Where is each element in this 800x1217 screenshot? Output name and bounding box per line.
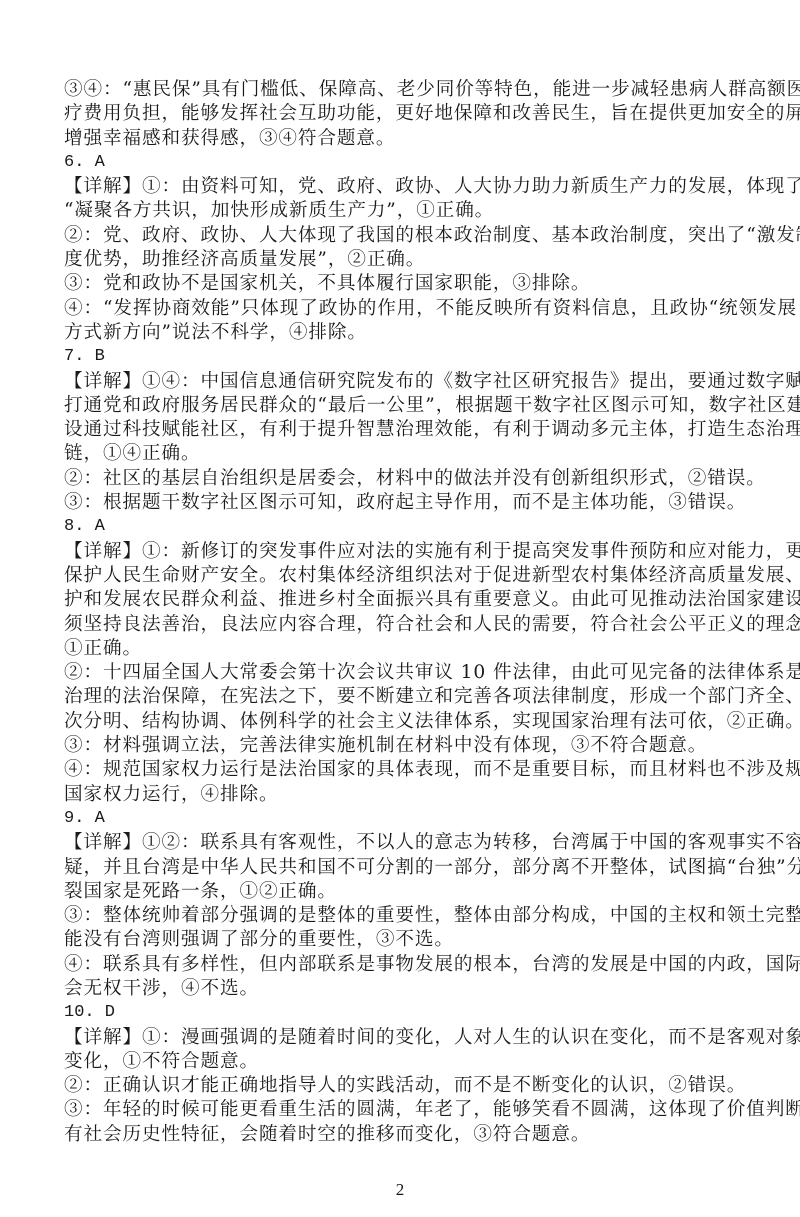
question-answer-10: 10. D [64,1001,720,1025]
text-line: 变化，①不符合题意。 [64,1050,720,1074]
text-line: 方式新方向”说法不科学，④排除。 [64,321,720,345]
text-line: 有社会历史性特征，会随着时空的推移而变化，③符合题意。 [64,1123,720,1147]
text-line: ③：材料强调立法，完善法律实施机制在材料中没有体现，③不符合题意。 [64,734,720,758]
text-line: 须坚持良法善治，良法应内容合理，符合社会和人民的需要，符合社会公平正义的理念， [64,613,720,637]
text-line: 保护人民生命财产安全。农村集体经济组织法对于促进新型农村集体经济高质量发展、维 [64,564,720,588]
text-line: 治理的法治保障，在宪法之下，要不断建立和完善各项法律制度，形成一个部门齐全、层 [64,685,720,709]
text-line: ③④：“惠民保”具有门槛低、保障高、老少同价等特色，能进一步减轻患病人群高额医 [64,78,720,102]
text-line: ②：正确认识才能正确地指导人的实践活动，而不是不断变化的认识，②错误。 [64,1074,720,1098]
text-line: 护和发展农民群众利益、推进乡村全面振兴具有重要意义。由此可见推动法治国家建设必 [64,588,720,612]
text-line: 国家权力运行，④排除。 [64,783,720,807]
text-line: 【详解】①：新修订的突发事件应对法的实施有利于提高突发事件预防和应对能力，更好 [64,540,720,564]
text-line: “凝聚各方共识，加快形成新质生产力”，①正确。 [64,199,720,223]
text-line: 疑，并且台湾是中华人民共和国不可分割的一部分，部分离不开整体，试图搞“台独”分 [64,856,720,880]
text-line: 疗费用负担，能够发挥社会互助功能，更好地保障和改善民生，旨在提供更加安全的屏障， [64,102,720,126]
text-line: 会无权干涉，④不选。 [64,977,720,1001]
text-line: ①正确。 [64,637,720,661]
text-line: 设通过科技赋能社区，有利于提升智慧治理效能，有利于调动多元主体，打造生态治理网 [64,418,720,442]
text-line: 能没有台湾则强调了部分的重要性，③不选。 [64,928,720,952]
text-line: ④：“发挥协商效能”只体现了政协的作用，不能反映所有资料信息，且政协“统领发展 [64,297,720,321]
text-line: 【详解】①②：联系具有客观性，不以人的意志为转移，台湾属于中国的客观事实不容置 [64,831,720,855]
text-line: 链，①④正确。 [64,442,720,466]
text-line: 【详解】①④：中国信息通信研究院发布的《数字社区研究报告》提出，要通过数字赋能 [64,370,720,394]
text-line: 打通党和政府服务居民群众的“最后一公里”，根据题干数字社区图示可知，数字社区建 [64,394,720,418]
text-line: 度优势，助推经济高质量发展”，②正确。 [64,248,720,272]
text-line: ②：党、政府、政协、人大体现了我国的根本政治制度、基本政治制度，突出了“激发制 [64,224,720,248]
text-line: 裂国家是死路一条，①②正确。 [64,880,720,904]
text-line: ③：整体统帅着部分强调的是整体的重要性，整体由部分构成，中国的主权和领土完整不 [64,904,720,928]
text-line: ②：十四届全国人大常委会第十次会议共审议 10 件法律，由此可见完备的法律体系是… [64,661,720,685]
page-number: 2 [0,1180,800,1200]
text-line: ③：根据题干数字社区图示可知，政府起主导作用，而不是主体功能，③错误。 [64,491,720,515]
question-answer-6: 6. A [64,151,720,175]
answer-document: ③④：“惠民保”具有门槛低、保障高、老少同价等特色，能进一步减轻患病人群高额医 … [64,78,720,1147]
text-line: 【详解】①：漫画强调的是随着时间的变化，人对人生的认识在变化，而不是客观对象在 [64,1026,720,1050]
text-line: ③：党和政协不是国家机关，不具体履行国家职能，③排除。 [64,272,720,296]
question-answer-8: 8. A [64,515,720,539]
question-answer-9: 9. A [64,807,720,831]
text-line: ②：社区的基层自治组织是居委会，材料中的做法并没有创新组织形式，②错误。 [64,467,720,491]
text-line: ④：规范国家权力运行是法治国家的具体表现，而不是重要目标，而且材料也不涉及规范 [64,758,720,782]
text-line: 【详解】①：由资料可知，党、政府、政协、人大协力助力新质生产力的发展，体现了 [64,175,720,199]
text-line: ③：年轻的时候可能更看重生活的圆满，年老了，能够笑看不圆满，这体现了价值判断具 [64,1098,720,1122]
text-line: ④：联系具有多样性，但内部联系是事物发展的根本，台湾的发展是中国的内政，国际社 [64,953,720,977]
text-line: 增强幸福感和获得感，③④符合题意。 [64,127,720,151]
question-answer-7: 7. B [64,345,720,369]
text-line: 次分明、结构协调、体例科学的社会主义法律体系，实现国家治理有法可依，②正确。 [64,710,720,734]
